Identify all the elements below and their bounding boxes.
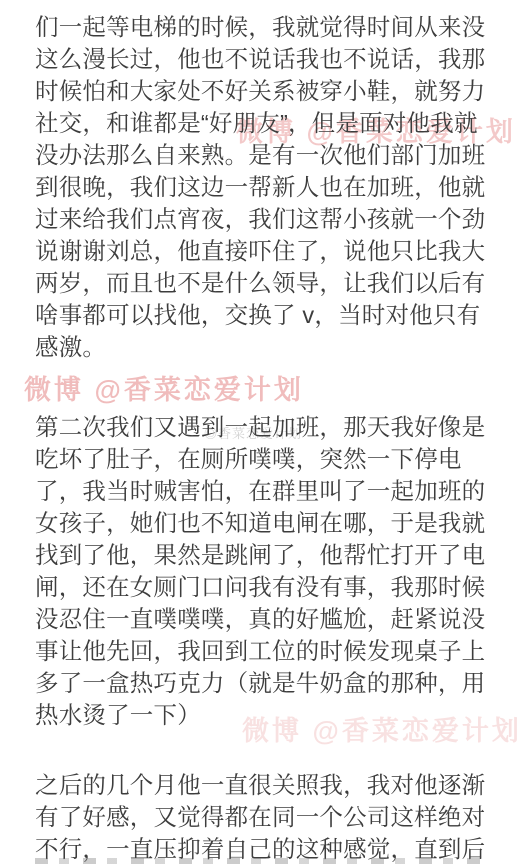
text-line: 这么漫长过，他也不说话我也不说话，我那: [35, 43, 487, 75]
text-line: 说谢谢刘总，他直接吓住了，说他只比我大: [35, 235, 487, 267]
clipped-text-line: [35, 858, 482, 864]
paragraph: 之后的几个月他一直很关照我，我对他逐渐有了好感，又觉得都在同一个公司这样绝对不行…: [35, 769, 487, 864]
text-line: 啥事都可以找他，交换了 v，当时对他只有: [35, 299, 487, 331]
text-line: 热水烫了一下）: [35, 699, 487, 731]
text-line: 多了一盒热巧克力（就是牛奶盒的那种，用: [35, 667, 487, 699]
text-line: 们一起等电梯的时候，我就觉得时间从来没: [35, 11, 487, 43]
text-line: 闸，还在女厕门口问我有没有事，我那时候: [35, 571, 487, 603]
text-line: 找到了他，果然是跳闸了，他帮忙打开了电: [35, 539, 487, 571]
text-line: 过来给我们点宵夜，我们这帮小孩就一个劲: [35, 203, 487, 235]
text-line: 事让他先回，我回到工位的时候发现桌子上: [35, 635, 487, 667]
paragraph: 们一起等电梯的时候，我就觉得时间从来没这么漫长过，他也不说话我也不说话，我那时候…: [35, 11, 487, 363]
text-line: 社交，和谁都是“好朋友”，但是面对他我就: [35, 107, 487, 139]
text-line: 没办法那么自来熟。是有一次他们部门加班: [35, 139, 487, 171]
text-line: 女孩子，她们也不知道电闸在哪，于是我就: [35, 507, 487, 539]
text-line: 吃坏了肚子，在厕所噗噗，突然一下停电: [35, 443, 487, 475]
text-line: 到很晚，我们这边一帮新人也在加班，他就: [35, 171, 487, 203]
paragraph: 第二次我们又遇到一起加班，那天我好像是吃坏了肚子，在厕所噗噗，突然一下停电了，我…: [35, 411, 487, 731]
text-line: 之后的几个月他一直很关照我，我对他逐渐: [35, 769, 487, 801]
text-line: 了，我当时贼害怕，在群里叫了一起加班的: [35, 475, 487, 507]
text-line: 两岁，而且也不是什么领导，让我们以后有: [35, 267, 487, 299]
text-line: 第二次我们又遇到一起加班，那天我好像是: [35, 411, 487, 443]
post-text-screenshot: 微博 @香菜恋爱计划 微博 @香菜恋爱计划 微博 @香菜恋爱计划 ◎香菜恋爱计划…: [0, 0, 517, 864]
text-line: 时候怕和大家处不好关系被穿小鞋，就努力: [35, 75, 487, 107]
text-line: 没忍住一直噗噗噗，真的好尴尬，赶紧说没: [35, 603, 487, 635]
story-text: 们一起等电梯的时候，我就觉得时间从来没这么漫长过，他也不说话我也不说话，我那时候…: [0, 0, 517, 864]
text-line: 有了好感，又觉得都在同一个公司这样绝对: [35, 801, 487, 833]
text-line: 感激。: [35, 331, 487, 363]
